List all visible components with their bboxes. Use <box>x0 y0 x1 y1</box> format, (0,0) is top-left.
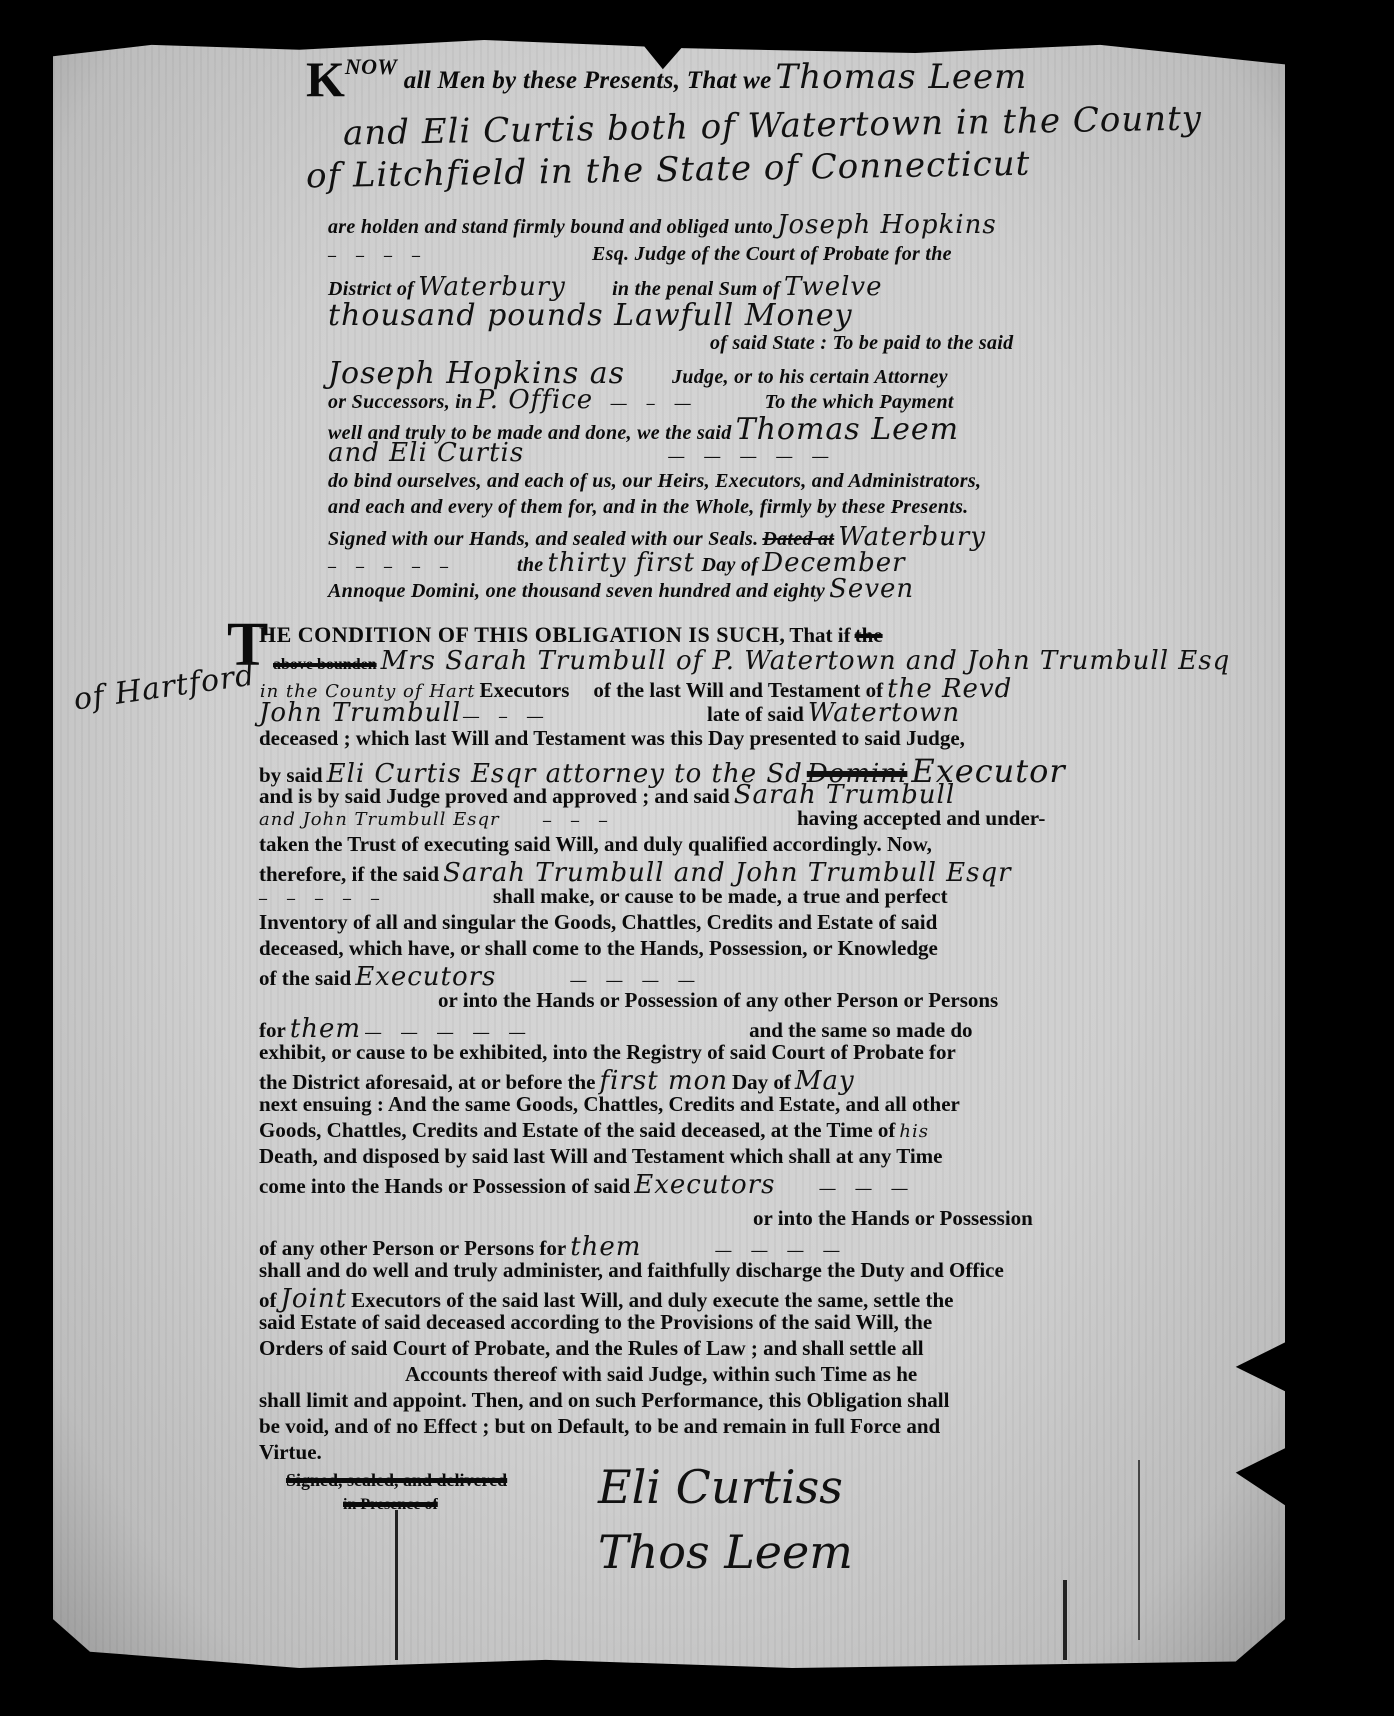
handwritten-text: Joseph Hopkins <box>777 210 997 240</box>
printed-text: Esq. Judge of the Court of Probate for t… <box>592 243 952 265</box>
blank-dash: ‒ ‒ ‒ ‒ ‒ <box>259 890 489 908</box>
printed-text: next ensuing : And the same Goods, Chatt… <box>259 1092 960 1117</box>
printed-text: To the which Payment <box>765 391 954 413</box>
handwritten-text: John Trumbull <box>259 698 459 728</box>
handwritten-text: and Eli Curtis <box>328 438 524 468</box>
printed-text: or into the Hands or Possession of any o… <box>438 988 998 1013</box>
printed-text: and each and every of them for, and in t… <box>328 496 968 519</box>
attestation-struck: in Presence of <box>343 1496 438 1514</box>
printed-text: and is by said Judge proved and approved… <box>259 784 730 808</box>
handwritten-name: Thomas Leem <box>776 57 1028 97</box>
printed-text: Executors of the said last Will, and dul… <box>351 1288 953 1312</box>
printed-text: in the penal Sum of <box>612 278 780 300</box>
handwritten-text: and John Trumbull Esqr <box>259 809 539 830</box>
heading-text: HE CONDITION OF THIS OBLIGATION IS SUCH, <box>259 622 785 647</box>
printed-text: and the same so made do <box>749 1018 972 1042</box>
printed-text: District of <box>328 278 414 300</box>
printed-text: Signed with our Hands, and sealed with o… <box>328 528 758 550</box>
printed-text: Virtue. <box>259 1440 322 1465</box>
fold-crease <box>1063 1580 1067 1660</box>
printed-text: Day of <box>701 554 758 576</box>
printed-text: Death, and disposed by said last Will an… <box>259 1144 942 1169</box>
printed-text: taken the Trust of executing said Will, … <box>259 832 932 857</box>
printed-text: therefore, if the said <box>259 862 439 886</box>
printed-text: deceased ; which last Will and Testament… <box>259 726 965 751</box>
condition-heading: T HE CONDITION OF THIS OBLIGATION IS SUC… <box>259 622 883 648</box>
handwritten-text: Watertown <box>808 698 960 728</box>
struck-text: the <box>855 623 883 647</box>
printed-text: exhibit, or cause to be exhibited, into … <box>259 1040 956 1065</box>
attestation-struck: Signed, sealed, and delivered <box>286 1470 507 1491</box>
printed-text: said Estate of said deceased according t… <box>259 1310 932 1335</box>
signature: Thos Leem <box>598 1525 853 1579</box>
printed-text: the <box>517 554 543 576</box>
margin-note: of Hartford <box>71 657 257 717</box>
title-line: KNOW all Men by these Presents, That we … <box>306 50 1027 108</box>
printed-text: of said State : To be paid to the said <box>710 332 1013 355</box>
handwritten-text: his <box>899 1121 929 1142</box>
printed-text: of any other Person or Persons for <box>259 1236 566 1260</box>
signature: Eli Curtiss <box>598 1460 843 1514</box>
document-page: KNOW all Men by these Presents, That we … <box>53 40 1285 1668</box>
printed-text: come into the Hands or Possession of sai… <box>259 1174 630 1198</box>
printed-text: late of said <box>707 702 804 726</box>
title-caps: NOW <box>345 54 397 79</box>
bond-line: Annoque Domini, one thousand seven hundr… <box>328 574 914 604</box>
printed-text: Inventory of all and singular the Goods,… <box>259 910 937 935</box>
bond-line: and Eli Curtis — — — — — <box>328 438 836 468</box>
printed-text: Orders of said Court of Probate, and the… <box>259 1336 924 1361</box>
blank-dash: ‒ ‒ ‒ <box>543 812 793 830</box>
printed-text: of <box>259 1288 277 1312</box>
printed-text: deceased, which have, or shall come to t… <box>259 936 938 961</box>
handwritten-line: thousand pounds Lawfull Money <box>328 298 853 333</box>
condition-line: ‒ ‒ ‒ ‒ ‒ shall make, or cause to be mad… <box>259 884 948 909</box>
drop-initial-k: K <box>306 51 345 107</box>
blank-dash: ‒ ‒ ‒ ‒ <box>328 247 588 265</box>
printed-text: Accounts thereof with said Judge, within… <box>405 1362 917 1387</box>
condition-line: and John Trumbull Esqr ‒ ‒ ‒ having acce… <box>259 806 1045 831</box>
condition-line: come into the Hands or Possession of sai… <box>259 1170 915 1200</box>
printed-text: Dated at <box>762 528 834 550</box>
printed-text: Goods, Chattles, Credits and Estate of t… <box>259 1118 895 1142</box>
printed-text: be void, and of no Effect ; but on Defau… <box>259 1414 940 1439</box>
printed-text: shall and do well and truly administer, … <box>259 1258 1004 1283</box>
printed-text: Annoque Domini, one thousand seven hundr… <box>328 580 825 602</box>
printed-text: for <box>259 1018 286 1042</box>
printed-text: are holden and stand firmly bound and ob… <box>328 216 773 238</box>
fold-crease <box>395 1510 398 1660</box>
blank-dash: — ‒ — <box>611 395 761 413</box>
bond-line: or Successors, in P. Office — ‒ — To the… <box>328 385 954 415</box>
title-printed: all Men by these Presents, That we <box>397 67 771 94</box>
blank-dash: — ‒ — <box>463 708 703 726</box>
printed-text: Day of <box>732 1070 791 1094</box>
condition-line: John Trumbull — ‒ — late of said Waterto… <box>259 698 960 728</box>
blank-dash: — — — — — <box>668 448 836 466</box>
printed-text: shall limit and appoint. Then, and on su… <box>259 1388 949 1413</box>
handwritten-text: P. Office <box>477 385 607 415</box>
fold-crease <box>1138 1460 1140 1640</box>
blank-dash: — — — <box>819 1180 915 1198</box>
printed-text: the District aforesaid, at or before the <box>259 1070 596 1094</box>
bond-line: ‒ ‒ ‒ ‒ Esq. Judge of the Court of Proba… <box>328 243 952 266</box>
bond-line: are holden and stand firmly bound and ob… <box>328 210 997 240</box>
printed-text: That if <box>789 623 850 647</box>
printed-text: or into the Hands or Possession <box>753 1206 1033 1231</box>
handwritten-text: Executors <box>634 1170 775 1200</box>
handwritten-text: Seven <box>829 574 914 604</box>
condition-line: Goods, Chattles, Credits and Estate of t… <box>259 1118 929 1143</box>
printed-text: or Successors, in <box>328 391 473 413</box>
printed-text: do bind ourselves, and each of us, our H… <box>328 470 981 493</box>
printed-text: having accepted and under- <box>797 806 1045 830</box>
printed-text: of the said <box>259 966 351 990</box>
printed-text: shall make, or cause to be made, a true … <box>493 884 948 908</box>
